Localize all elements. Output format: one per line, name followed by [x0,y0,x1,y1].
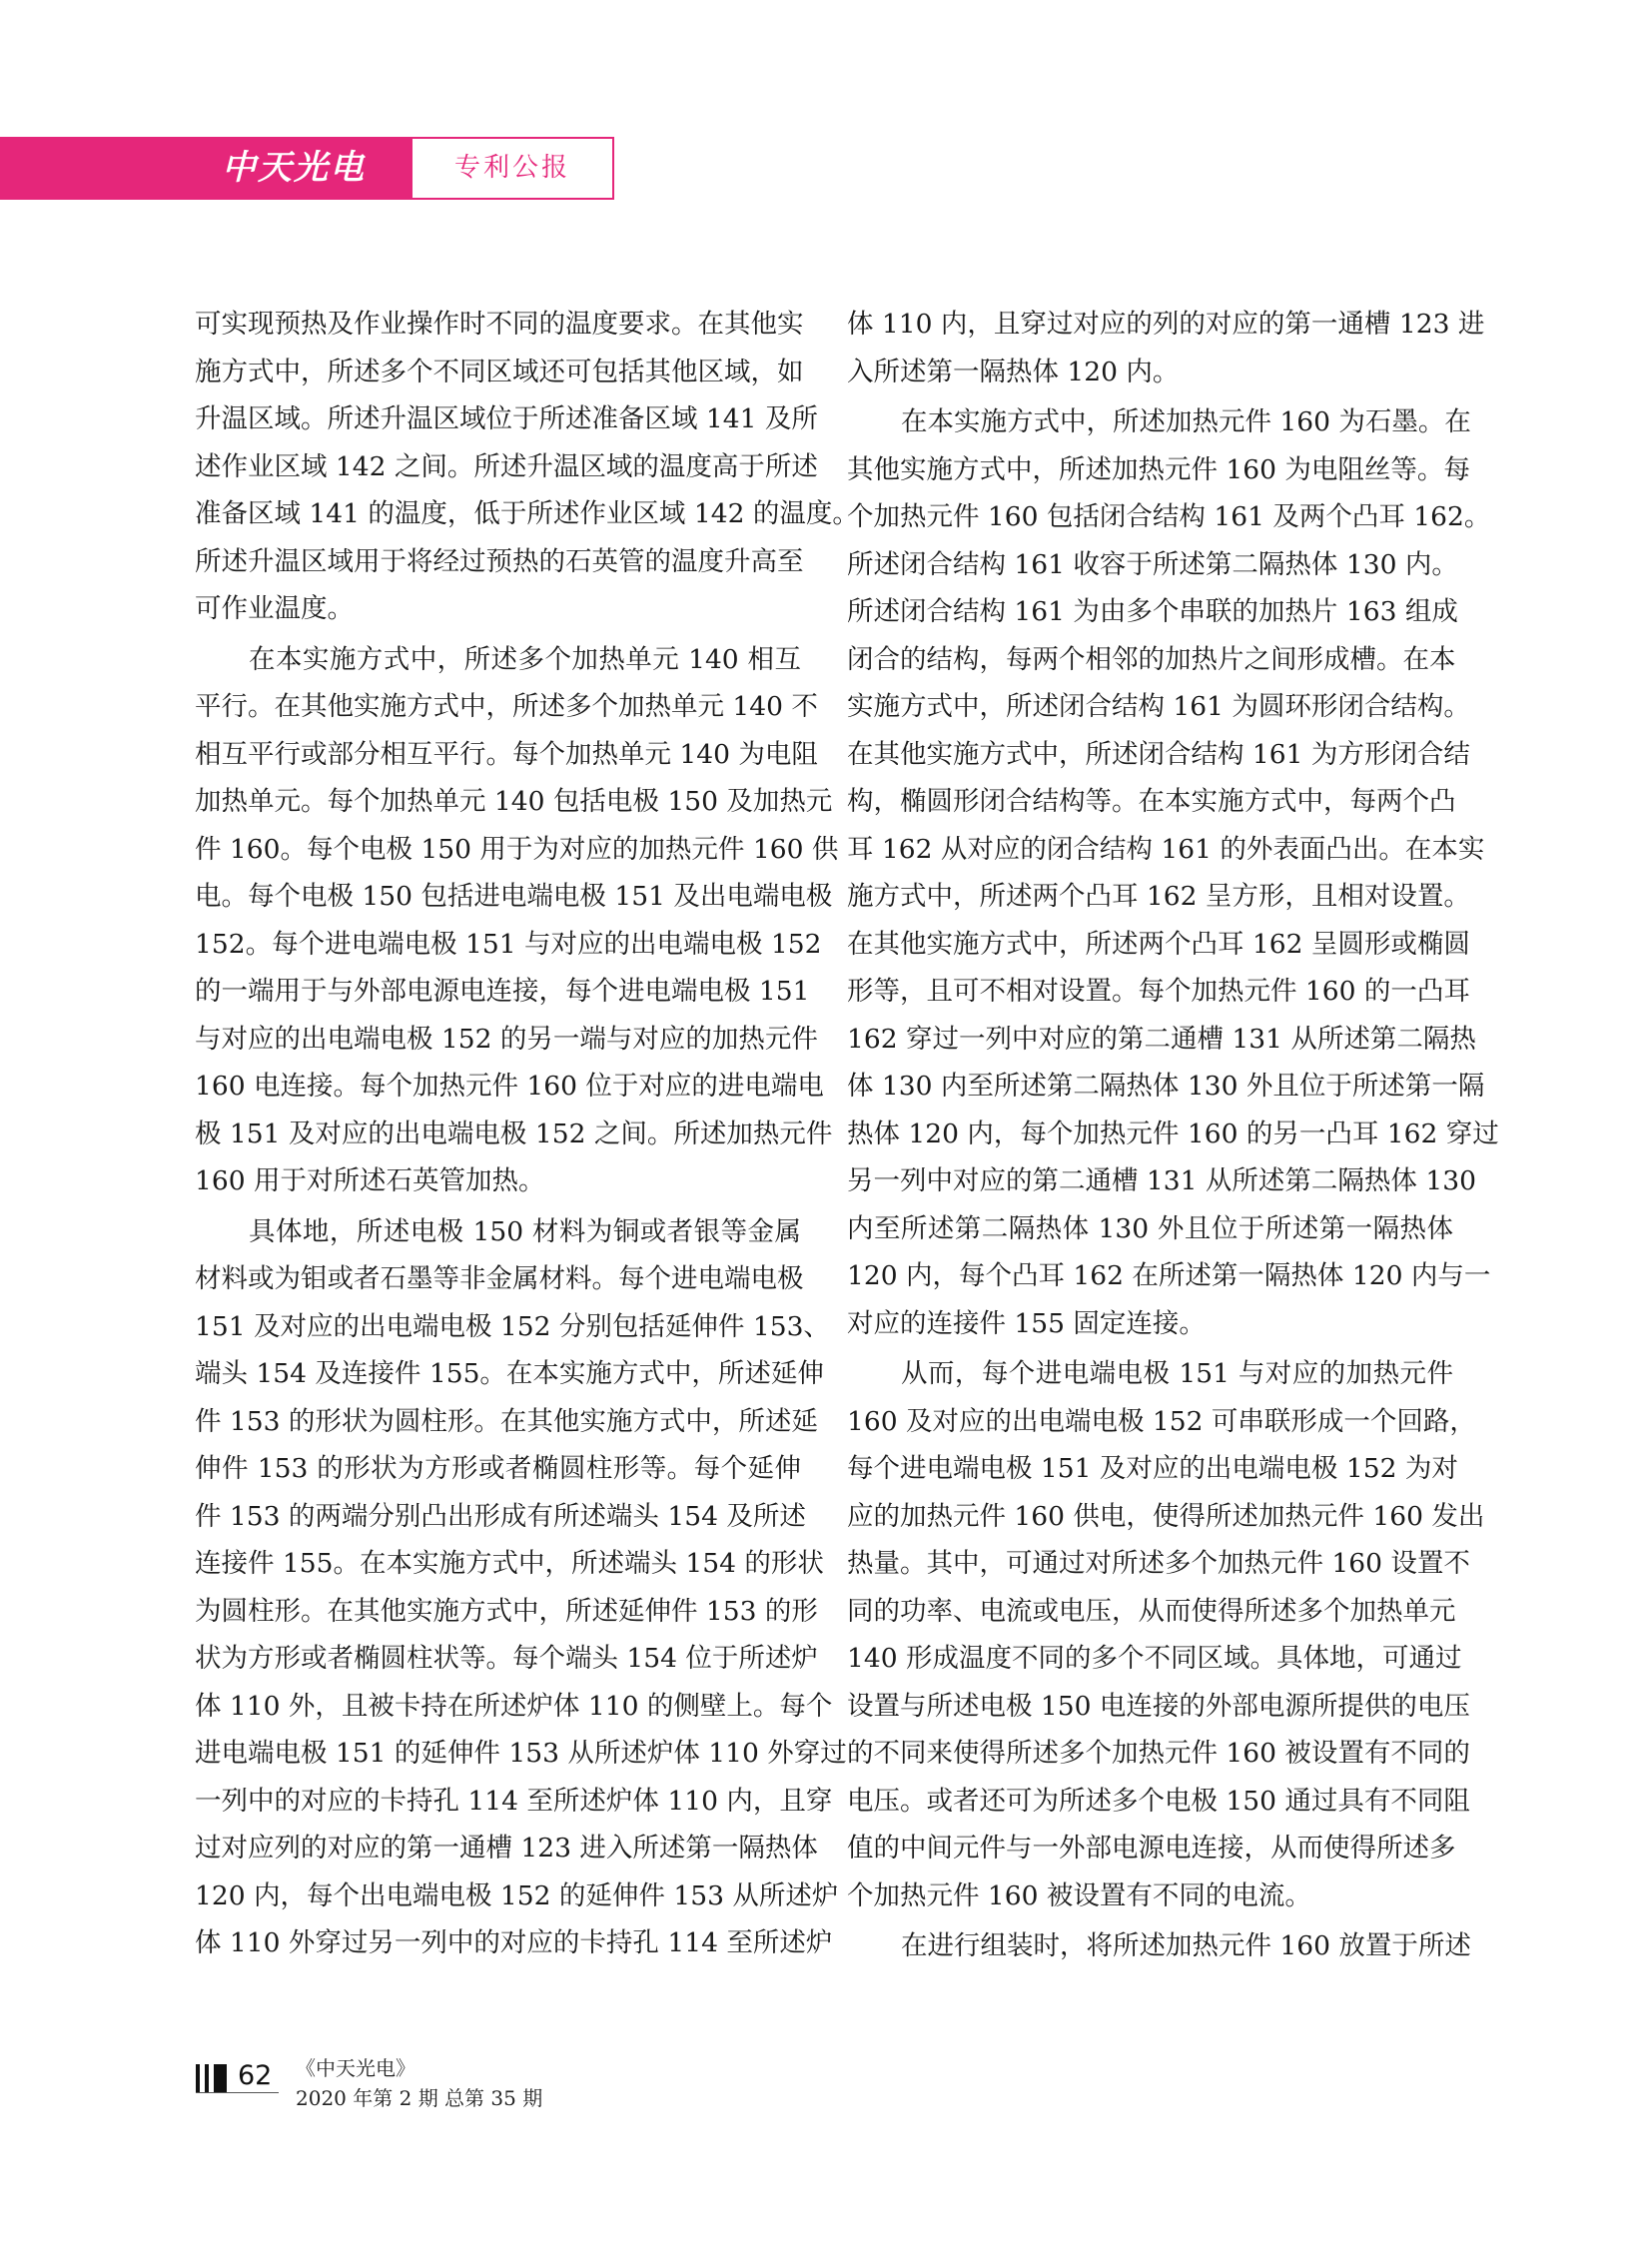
text-line: 热量。其中，可通过对所述多个加热元件 160 设置不 [847,1540,1453,1588]
text-line: 电压。或者还可为所述多个电极 150 通过具有不同阻 [847,1778,1453,1826]
paragraph: 具体地，所述电极 150 材料为铜或者银等金属材料或为钼或者石墨等非金属材料。每… [195,1208,801,1967]
footer-bar-icon [196,2064,200,2092]
journal-issue: 2020 年第 2 期 总第 35 期 [296,2082,542,2111]
text-line: 端头 154 及连接件 155。在本实施方式中，所述延伸 [195,1350,801,1398]
text-line: 施方式中，所述两个凸耳 162 呈方形，且相对设置。 [847,873,1453,921]
text-line: 件 153 的形状为圆柱形。在其他实施方式中，所述延 [195,1398,801,1446]
text-line: 所述闭合结构 161 收容于所述第二隔热体 130 内。 [847,541,1453,589]
text-line: 与对应的出电端电极 152 的另一端与对应的加热元件 [195,1016,801,1064]
footer-bar-icon [205,2064,209,2092]
text-line: 162 穿过一列中对应的第二通槽 131 从所述第二隔热 [847,1016,1453,1064]
text-line: 体 110 内，且穿过对应的列的对应的第一通槽 123 进 [847,301,1453,349]
text-line: 进电端电极 151 的延伸件 153 从所述炉体 110 外穿过 [195,1730,801,1778]
text-line: 同的功率、电流或电压，从而使得所述多个加热单元 [847,1588,1453,1636]
text-line: 体 110 外穿过另一列中的对应的卡持孔 114 至所述炉 [195,1919,801,1967]
text-line: 加热单元。每个加热单元 140 包括电极 150 及加热元 [195,778,801,826]
text-line: 体 110 外，且被卡持在所述炉体 110 的侧壁上。每个 [195,1683,801,1731]
text-line: 述作业区域 142 之间。所述升温区域的温度高于所述 [195,443,801,491]
text-line: 极 151 及对应的出电端电极 152 之间。所述加热元件 [195,1111,801,1158]
text-line: 160 电连接。每个加热元件 160 位于对应的进电端电 [195,1063,801,1111]
text-line: 160 用于对所述石英管加热。 [195,1157,801,1205]
page-number: 62 [238,2060,272,2091]
right-column: 体 110 内，且穿过对应的列的对应的第一通槽 123 进入所述第一隔热体 12… [847,301,1453,1973]
text-line: 所述闭合结构 161 为由多个串联的加热片 163 组成 [847,588,1453,636]
text-line: 在其他实施方式中，所述两个凸耳 162 呈圆形或椭圆 [847,921,1453,969]
text-line: 可实现预热及作业操作时不同的温度要求。在其他实 [195,301,801,349]
text-line: 耳 162 从对应的闭合结构 161 的外表面凸出。在本实 [847,826,1453,874]
paragraph: 在本实施方式中，所述加热元件 160 为石墨。在其他实施方式中，所述加热元件 1… [847,398,1453,1347]
footer-divider [196,2092,279,2093]
text-line: 应的加热元件 160 供电，使得所述加热元件 160 发出 [847,1493,1453,1541]
paragraph: 在本实施方式中，所述多个加热单元 140 相互平行。在其他实施方式中，所述多个加… [195,636,801,1205]
text-line: 入所述第一隔热体 120 内。 [847,349,1453,396]
text-line: 在本实施方式中，所述多个加热单元 140 相互 [195,636,801,684]
text-line: 值的中间元件与一外部电源电连接，从而使得所述多 [847,1825,1453,1872]
brand-logo: 中天光电 [222,137,366,200]
text-line: 的不同来使得所述多个加热元件 160 被设置有不同的 [847,1730,1453,1778]
section-label: 专利公报 [413,137,614,200]
text-line: 可作业温度。 [195,585,801,633]
left-column: 可实现预热及作业操作时不同的温度要求。在其他实施方式中，所述多个不同区域还可包括… [195,301,801,1970]
text-line: 在其他实施方式中，所述闭合结构 161 为方形闭合结 [847,731,1453,779]
text-line: 的一端用于与外部电源电连接，每个进电端电极 151 [195,968,801,1016]
text-line: 电。每个电极 150 包括进电端电极 151 及出电端电极 [195,873,801,921]
text-line: 伸件 153 的形状为方形或者椭圆柱形等。每个延伸 [195,1445,801,1493]
text-line: 152。每个进电端电极 151 与对应的出电端电极 152 [195,921,801,969]
text-line: 升温区域。所述升温区域位于所述准备区域 141 及所 [195,395,801,443]
text-line: 平行。在其他实施方式中，所述多个加热单元 140 不 [195,683,801,731]
text-line: 件 153 的两端分别凸出形成有所述端头 154 及所述 [195,1493,801,1541]
text-line: 每个进电端电极 151 及对应的出电端电极 152 为对 [847,1445,1453,1493]
text-line: 施方式中，所述多个不同区域还可包括其他区域，如 [195,349,801,396]
text-line: 140 形成温度不同的多个不同区域。具体地，可通过 [847,1635,1453,1683]
journal-name: 《中天光电》 [296,2052,415,2081]
text-line: 从而，每个进电端电极 151 与对应的加热元件 [847,1350,1453,1398]
paragraph: 在进行组装时，将所述加热元件 160 放置于所述 [847,1922,1453,1970]
text-line: 相互平行或部分相互平行。每个加热单元 140 为电阻 [195,731,801,779]
text-line: 构，椭圆形闭合结构等。在本实施方式中，每两个凸 [847,778,1453,826]
text-line: 在本实施方式中，所述加热元件 160 为石墨。在 [847,398,1453,446]
text-line: 个加热元件 160 包括闭合结构 161 及两个凸耳 162。 [847,493,1453,541]
text-line: 对应的连接件 155 固定连接。 [847,1300,1453,1348]
text-line: 所述升温区域用于将经过预热的石英管的温度升高至 [195,538,801,586]
text-line: 在进行组装时，将所述加热元件 160 放置于所述 [847,1922,1453,1970]
text-line: 个加热元件 160 被设置有不同的电流。 [847,1872,1453,1920]
paragraph: 从而，每个进电端电极 151 与对应的加热元件160 及对应的出电端电极 152… [847,1350,1453,1919]
text-line: 一列中的对应的卡持孔 114 至所述炉体 110 内，且穿 [195,1778,801,1826]
footer-bar-icon [214,2064,227,2092]
text-line: 151 及对应的出电端电极 152 分别包括延伸件 153、 [195,1303,801,1351]
text-line: 准备区域 141 的温度，低于所述作业区域 142 的温度。 [195,490,801,538]
text-line: 内至所述第二隔热体 130 外且位于所述第一隔热体 [847,1205,1453,1253]
text-line: 120 内，每个出电端电极 152 的延伸件 153 从所述炉 [195,1872,801,1920]
text-line: 160 及对应的出电端电极 152 可串联形成一个回路， [847,1398,1453,1446]
text-line: 状为方形或者椭圆柱状等。每个端头 154 位于所述炉 [195,1635,801,1683]
text-line: 具体地，所述电极 150 材料为铜或者银等金属 [195,1208,801,1256]
text-line: 为圆柱形。在其他实施方式中，所述延伸件 153 的形 [195,1588,801,1636]
paragraph: 体 110 内，且穿过对应的列的对应的第一通槽 123 进入所述第一隔热体 12… [847,301,1453,395]
text-line: 过对应列的对应的第一通槽 123 进入所述第一隔热体 [195,1825,801,1872]
text-line: 体 130 内至所述第二隔热体 130 外且位于所述第一隔 [847,1063,1453,1111]
paragraph: 可实现预热及作业操作时不同的温度要求。在其他实施方式中，所述多个不同区域还可包括… [195,301,801,633]
text-line: 实施方式中，所述闭合结构 161 为圆环形闭合结构。 [847,683,1453,731]
text-line: 设置与所述电极 150 电连接的外部电源所提供的电压 [847,1683,1453,1731]
text-line: 热体 120 内，每个加热元件 160 的另一凸耳 162 穿过 [847,1111,1453,1158]
text-line: 其他实施方式中，所述加热元件 160 为电阻丝等。每 [847,446,1453,494]
text-line: 120 内，每个凸耳 162 在所述第一隔热体 120 内与一 [847,1252,1453,1300]
text-line: 材料或为钼或者石墨等非金属材料。每个进电端电极 [195,1255,801,1303]
text-line: 件 160。每个电极 150 用于为对应的加热元件 160 供 [195,826,801,874]
text-line: 形等，且可不相对设置。每个加热元件 160 的一凸耳 [847,968,1453,1016]
text-line: 连接件 155。在本实施方式中，所述端头 154 的形状 [195,1540,801,1588]
text-line: 另一列中对应的第二通槽 131 从所述第二隔热体 130 [847,1157,1453,1205]
text-line: 闭合的结构，每两个相邻的加热片之间形成槽。在本 [847,636,1453,684]
